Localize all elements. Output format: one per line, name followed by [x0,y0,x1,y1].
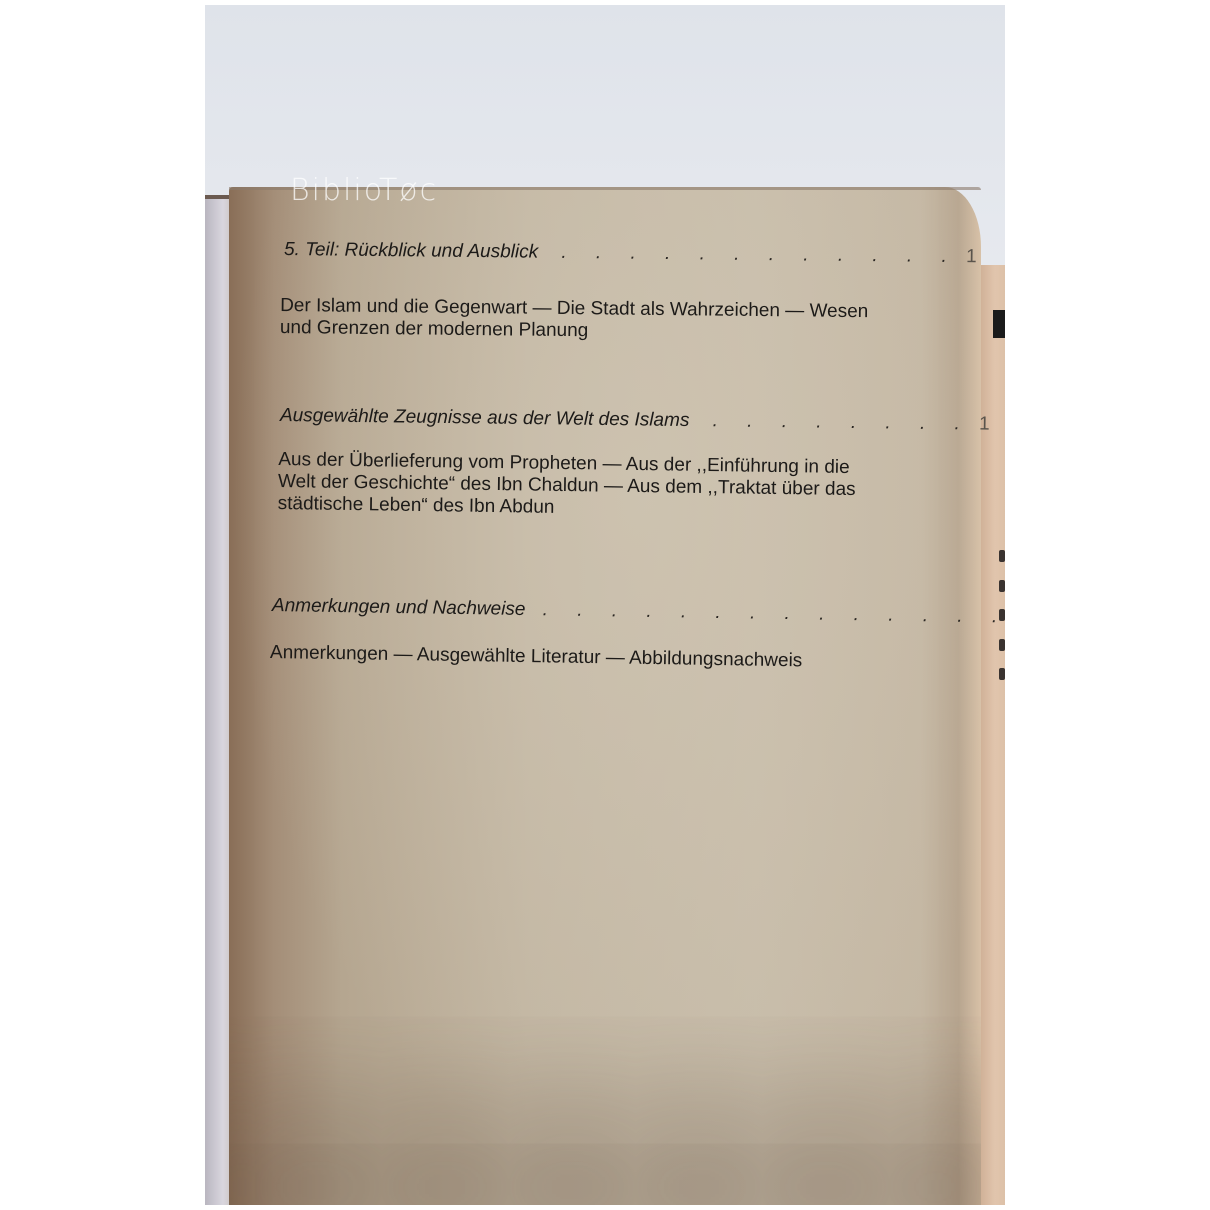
book-photo: 5. Teil: Rückblick und Ausblick . . . . … [205,5,1005,1205]
toc-heading: Ausgewählte Zeugnisse aus der Welt des I… [280,405,990,436]
toc-description-line: Anmerkungen — Ausgewählte Literatur — Ab… [270,642,803,672]
watermark-logo: BiblioTøc [290,173,438,208]
toc-description: Der Islam und die Gegenwart — Die Stadt … [280,295,869,345]
toc-heading: 5. Teil: Rückblick und Ausblick . . . . … [284,239,977,268]
toc-leader-dots: . . . . . . . . . . . . [561,242,959,267]
toc-heading-text: 5. Teil: Rückblick und Ausblick [284,239,538,263]
facing-page-black-mark [993,310,1005,338]
toc-description: Aus der Überlieferung vom Propheten — Au… [278,449,857,523]
toc-leader-dots: . . . . . . . . [713,410,972,434]
toc-heading: Anmerkungen und Nachweise . . . . . . . … [272,595,1005,630]
toc-page-number: 1 [966,246,977,267]
toc-heading-text: Anmerkungen und Nachweise [272,595,526,620]
toc-page-number: 1 [979,414,990,435]
toc-heading-text: Ausgewählte Zeugnisse aus der Welt des I… [280,405,690,431]
toc-description: Anmerkungen — Ausgewählte Literatur — Ab… [270,642,803,672]
toc-leader-dots: . . . . . . . . . . . . . . . . [543,599,1005,628]
book-page: 5. Teil: Rückblick und Ausblick . . . . … [229,187,981,1205]
table-of-contents: 5. Teil: Rückblick und Ausblick . . . . … [229,187,981,1205]
